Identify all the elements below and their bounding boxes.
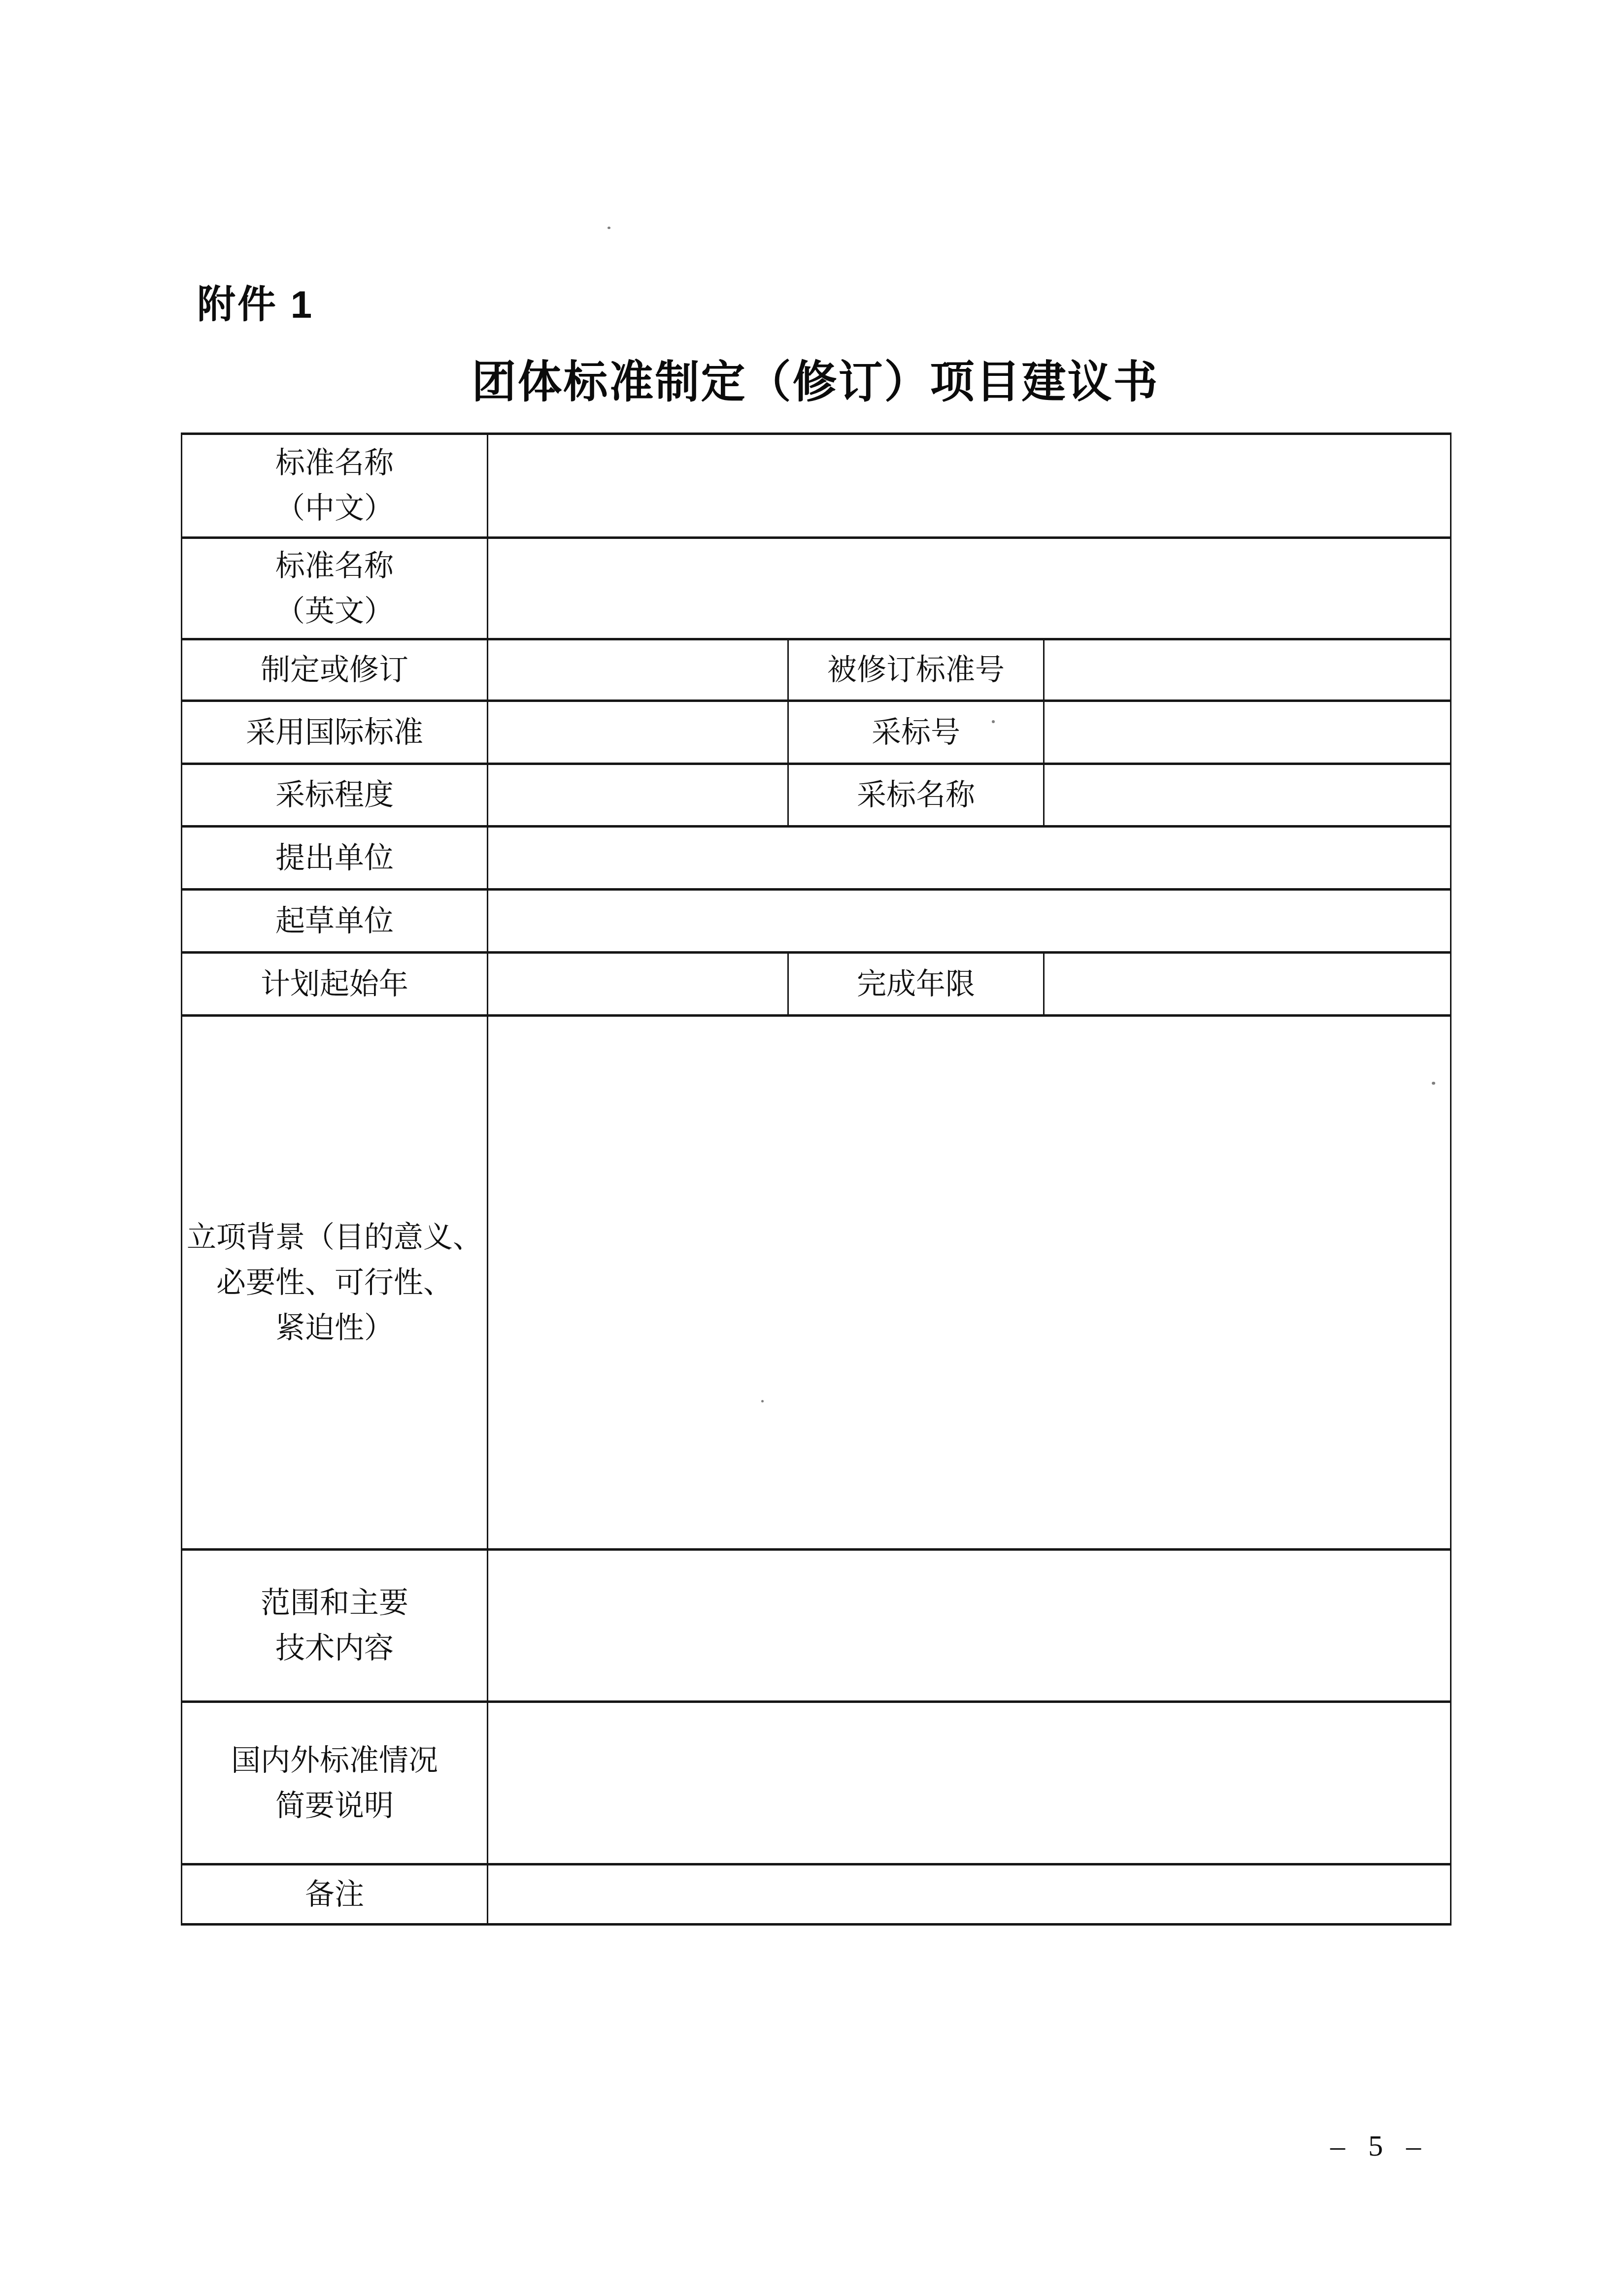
table-row: 标准名称 （英文） [182,538,1451,639]
table-row: 国内外标准情况 简要说明 [182,1702,1451,1864]
label-domestic-foreign-standards: 国内外标准情况 简要说明 [182,1702,488,1864]
table-row: 制定或修订 被修订标准号 [182,639,1451,701]
label-adopt-international-standard: 采用国际标准 [182,701,488,764]
field-revised-standard-no [1044,639,1451,701]
table-row: 计划起始年 完成年限 [182,953,1451,1016]
scan-speck [607,227,610,229]
table-row: 采用国际标准 采标号 [182,701,1451,764]
label-plan-start-year: 计划起始年 [182,953,488,1016]
field-standard-name-cn [488,434,1451,538]
field-scope-and-technical-content [488,1550,1451,1702]
table-row: 标准名称 （中文） [182,434,1451,538]
table-row: 起草单位 [182,890,1451,953]
table-row: 立项背景（目的意义、 必要性、可行性、 紧迫性） [182,1016,1451,1550]
label-formulate-or-revise: 制定或修订 [182,639,488,701]
table-row: 提出单位 [182,827,1451,890]
scan-speck [1432,1082,1435,1085]
label-standard-name-en: 标准名称 （英文） [182,538,488,639]
field-plan-start-year [488,953,788,1016]
field-adoption-degree [488,764,788,827]
field-domestic-foreign-standards [488,1702,1451,1864]
label-proposing-unit: 提出单位 [182,827,488,890]
table-row: 备注 [182,1864,1451,1925]
attachment-label: 附件 1 [197,284,314,326]
label-completion-period: 完成年限 [788,953,1044,1016]
scan-speck [992,720,995,723]
label-adoption-name: 采标名称 [788,764,1044,827]
field-formulate-or-revise [488,639,788,701]
field-proposing-unit [488,827,1451,890]
label-drafting-unit: 起草单位 [182,890,488,953]
scan-speck [761,1400,764,1402]
label-project-background: 立项背景（目的意义、 必要性、可行性、 紧迫性） [182,1016,488,1550]
table-row: 范围和主要 技术内容 [182,1550,1451,1702]
label-standard-name-cn: 标准名称 （中文） [182,434,488,538]
field-drafting-unit [488,890,1451,953]
label-remarks: 备注 [182,1864,488,1925]
field-project-background [488,1016,1451,1550]
label-adoption-degree: 采标程度 [182,764,488,827]
page-number: – 5 – [1281,2129,1478,2163]
field-adopt-international-standard [488,701,788,764]
table-row: 采标程度 采标名称 [182,764,1451,827]
field-adoption-no [1044,701,1451,764]
label-revised-standard-no: 被修订标准号 [788,639,1044,701]
proposal-form-table: 标准名称 （中文） 标准名称 （英文） 制定或修订 被修订标准号 采用国际标准 [181,433,1451,1926]
field-remarks [488,1864,1451,1925]
document-page: 附件 1 团体标准制定（修订）项目建议书 标准名称 （中文） 标准名称 （英文） [0,0,1620,2296]
label-adoption-no: 采标号 [788,701,1044,764]
page-title: 团体标准制定（修订）项目建议书 [181,356,1450,409]
field-adoption-name [1044,764,1451,827]
label-scope-and-technical-content: 范围和主要 技术内容 [182,1550,488,1702]
field-completion-period [1044,953,1451,1016]
field-standard-name-en [488,538,1451,639]
